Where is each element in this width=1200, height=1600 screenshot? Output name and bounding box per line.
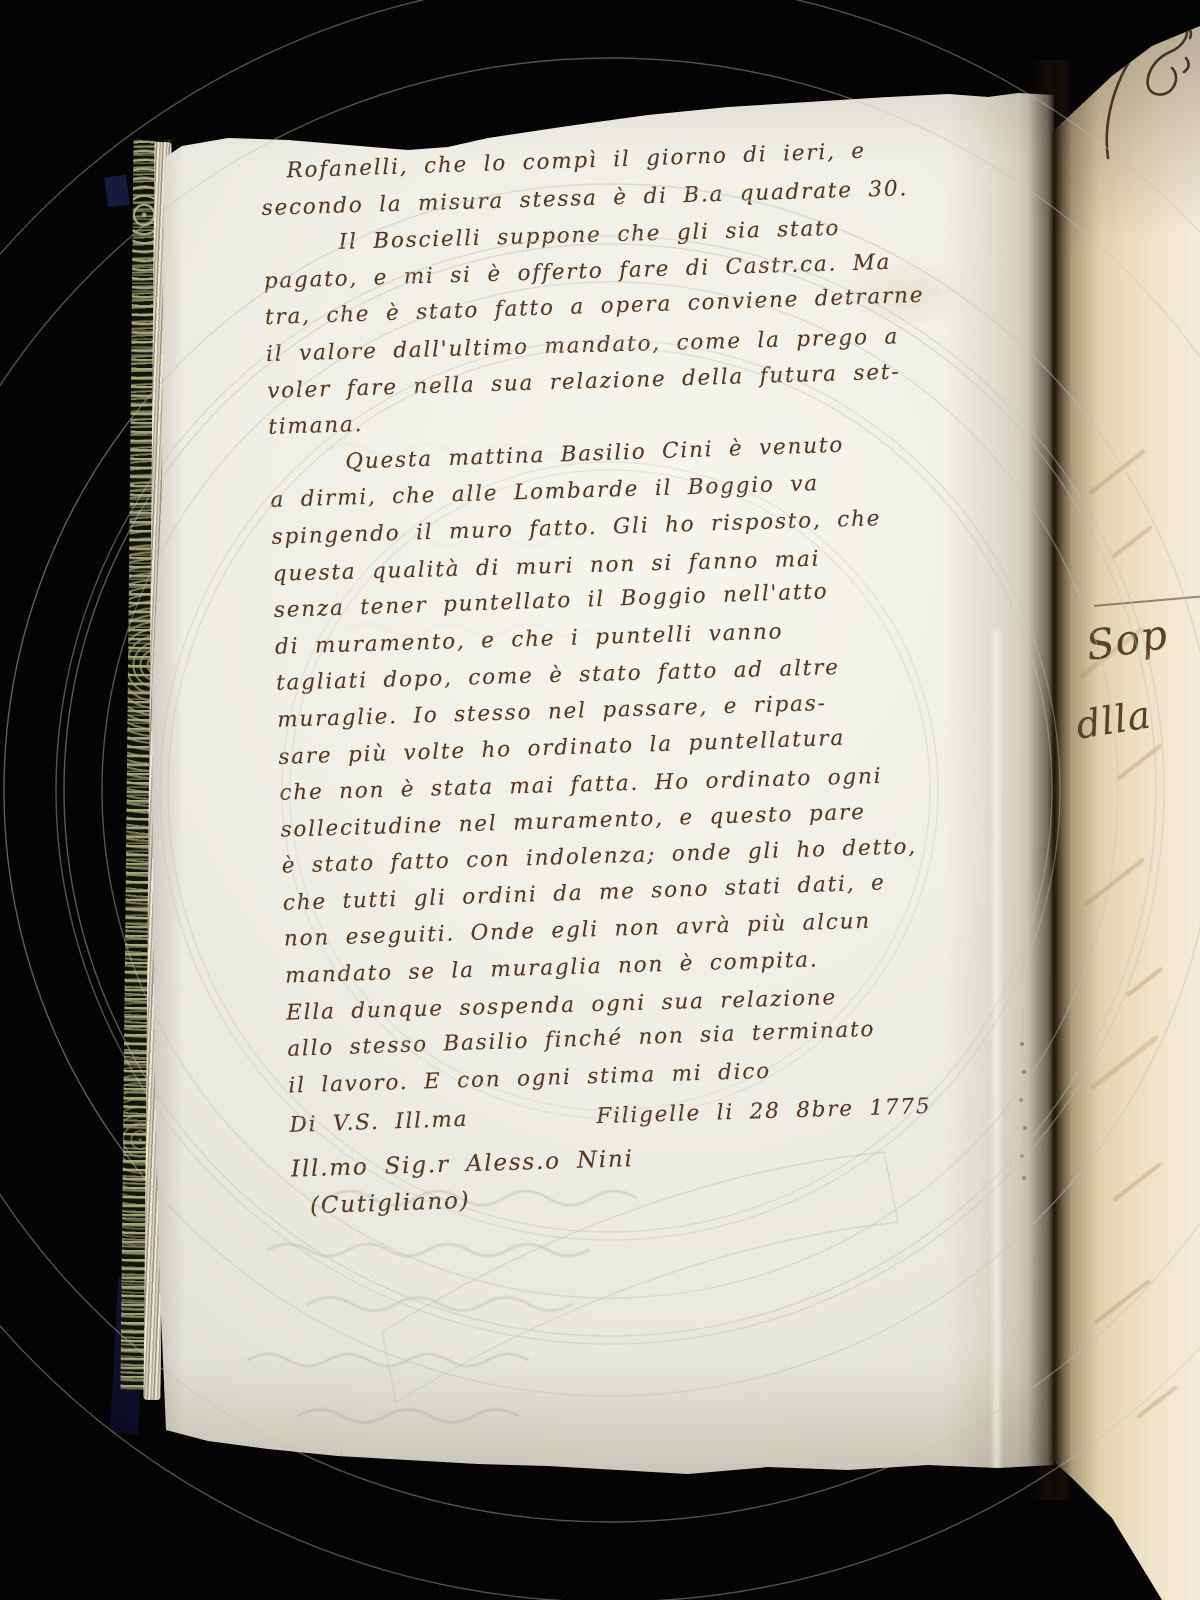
handwriting-block: Rofanelli, che lo compì il giorno di ier… bbox=[260, 132, 1012, 1225]
fragment-rule bbox=[1094, 595, 1200, 607]
ink-specks bbox=[1020, 1042, 1024, 1046]
ink-flourish bbox=[1098, 6, 1200, 174]
salutation: Di V.S. Ill.ma bbox=[289, 1102, 469, 1145]
page-fragment-text: Sop bbox=[1083, 610, 1172, 670]
gutter-shadow bbox=[1028, 60, 1072, 1500]
right-page: Sop dlla bbox=[1052, 0, 1200, 1600]
left-page: Rofanelli, che lo compì il giorno di ier… bbox=[148, 90, 1054, 1480]
page-fragment-text: dlla bbox=[1073, 692, 1154, 747]
dateline: Filigelle li 28 8bre 1775 bbox=[596, 1089, 932, 1136]
manuscript-photo: Rofanelli, che lo compì il giorno di ier… bbox=[0, 0, 1200, 1600]
book-cover-edge bbox=[104, 175, 130, 208]
